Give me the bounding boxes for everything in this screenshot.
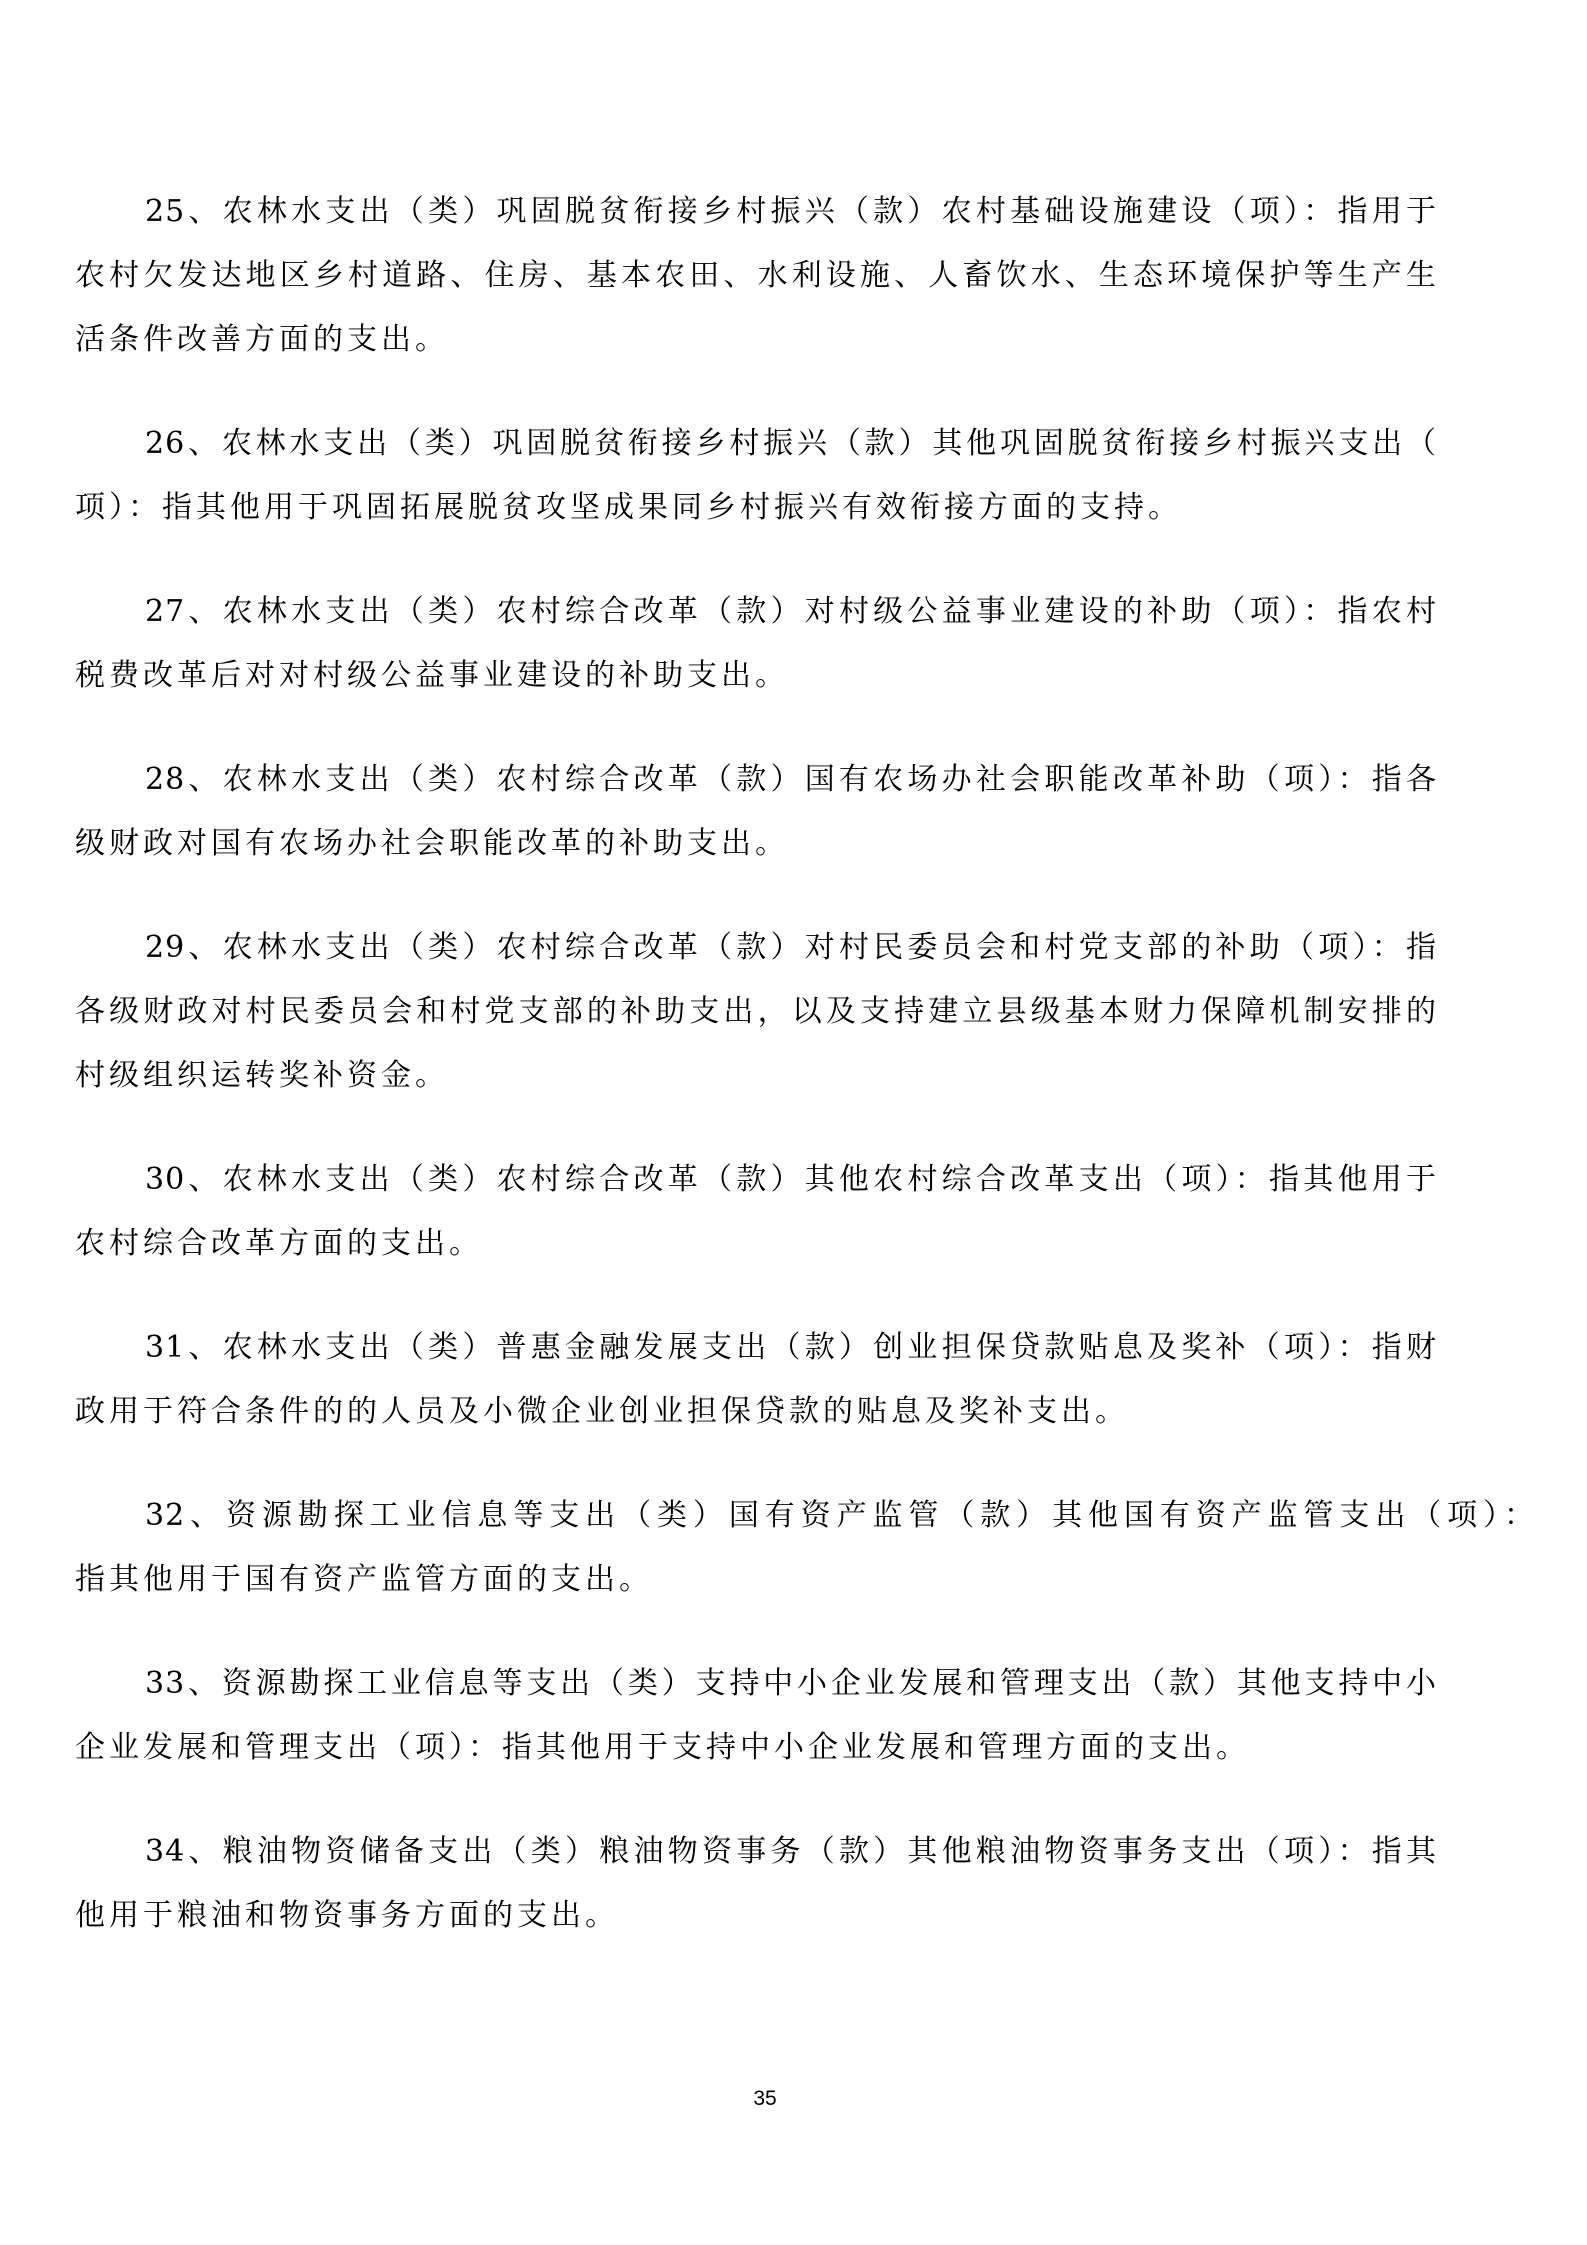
paragraph-32: 32、资源勘探工业信息等支出（类）国有资产监管（款）其他国有资产监管支出（项）：… xyxy=(75,1484,1437,1612)
paragraph-26: 26、农林水支出（类）巩固脱贫衔接乡村振兴（款）其他巩固脱贫衔接乡村振兴支出（ … xyxy=(75,412,1437,540)
paragraph-line: 27、农林水支出（类）农村综合改革（款）对村级公益事业建设的补助（项）：指农村 xyxy=(75,580,1437,644)
paragraph-line: 指其他用于国有资产监管方面的支出。 xyxy=(75,1548,1437,1612)
paragraph-line: 级财政对国有农场办社会职能改革的补助支出。 xyxy=(75,812,1437,876)
paragraph-33: 33、资源勘探工业信息等支出（类）支持中小企业发展和管理支出（款）其他支持中小 … xyxy=(75,1652,1437,1780)
paragraph-line: 村级组织运转奖补资金。 xyxy=(75,1044,1437,1108)
paragraph-25: 25、农林水支出（类）巩固脱贫衔接乡村振兴（款）农村基础设施建设（项）：指用于 … xyxy=(75,180,1437,372)
paragraph-line: 31、农林水支出（类）普惠金融发展支出（款）创业担保贷款贴息及奖补（项）：指财 xyxy=(75,1316,1437,1380)
paragraph-line: 项）：指其他用于巩固拓展脱贫攻坚成果同乡村振兴有效衔接方面的支持。 xyxy=(75,476,1437,540)
paragraph-line: 25、农林水支出（类）巩固脱贫衔接乡村振兴（款）农村基础设施建设（项）：指用于 xyxy=(75,180,1437,244)
paragraph-27: 27、农林水支出（类）农村综合改革（款）对村级公益事业建设的补助（项）：指农村 … xyxy=(75,580,1437,708)
paragraph-28: 28、农林水支出（类）农村综合改革（款）国有农场办社会职能改革补助（项）：指各 … xyxy=(75,748,1437,876)
paragraph-line: 企业发展和管理支出（项）：指其他用于支持中小企业发展和管理方面的支出。 xyxy=(75,1716,1437,1780)
paragraph-line: 活条件改善方面的支出。 xyxy=(75,308,1437,372)
paragraph-line: 26、农林水支出（类）巩固脱贫衔接乡村振兴（款）其他巩固脱贫衔接乡村振兴支出（ xyxy=(75,412,1437,476)
paragraph-line: 29、农林水支出（类）农村综合改革（款）对村民委员会和村党支部的补助（项）：指 xyxy=(75,916,1437,980)
paragraph-line: 34、粮油物资储备支出（类）粮油物资事务（款）其他粮油物资事务支出（项）：指其 xyxy=(75,1820,1437,1884)
paragraph-line: 税费改革后对对村级公益事业建设的补助支出。 xyxy=(75,644,1437,708)
body-text: 25、农林水支出（类）巩固脱贫衔接乡村振兴（款）农村基础设施建设（项）：指用于 … xyxy=(75,180,1437,1988)
page-number: 35 xyxy=(715,2085,815,2113)
paragraph-29: 29、农林水支出（类）农村综合改革（款）对村民委员会和村党支部的补助（项）：指 … xyxy=(75,916,1437,1108)
paragraph-line: 农村综合改革方面的支出。 xyxy=(75,1212,1437,1276)
paragraph-line: 32、资源勘探工业信息等支出（类）国有资产监管（款）其他国有资产监管支出（项）： xyxy=(75,1484,1535,1548)
paragraph-line: 28、农林水支出（类）农村综合改革（款）国有农场办社会职能改革补助（项）：指各 xyxy=(75,748,1437,812)
paragraph-line: 农村欠发达地区乡村道路、住房、基本农田、水利设施、人畜饮水、生态环境保护等生产生 xyxy=(75,244,1437,308)
document-page: 25、农林水支出（类）巩固脱贫衔接乡村振兴（款）农村基础设施建设（项）：指用于 … xyxy=(0,0,1587,2245)
paragraph-line: 33、资源勘探工业信息等支出（类）支持中小企业发展和管理支出（款）其他支持中小 xyxy=(75,1652,1437,1716)
paragraph-line: 政用于符合条件的的人员及小微企业创业担保贷款的贴息及奖补支出。 xyxy=(75,1380,1437,1444)
paragraph-line: 30、农林水支出（类）农村综合改革（款）其他农村综合改革支出（项）：指其他用于 xyxy=(75,1148,1437,1212)
paragraph-34: 34、粮油物资储备支出（类）粮油物资事务（款）其他粮油物资事务支出（项）：指其 … xyxy=(75,1820,1437,1948)
paragraph-line: 他用于粮油和物资事务方面的支出。 xyxy=(75,1884,1437,1948)
paragraph-line: 各级财政对村民委员会和村党支部的补助支出，以及支持建立县级基本财力保障机制安排的 xyxy=(75,980,1437,1044)
paragraph-30: 30、农林水支出（类）农村综合改革（款）其他农村综合改革支出（项）：指其他用于 … xyxy=(75,1148,1437,1276)
paragraph-31: 31、农林水支出（类）普惠金融发展支出（款）创业担保贷款贴息及奖补（项）：指财 … xyxy=(75,1316,1437,1444)
